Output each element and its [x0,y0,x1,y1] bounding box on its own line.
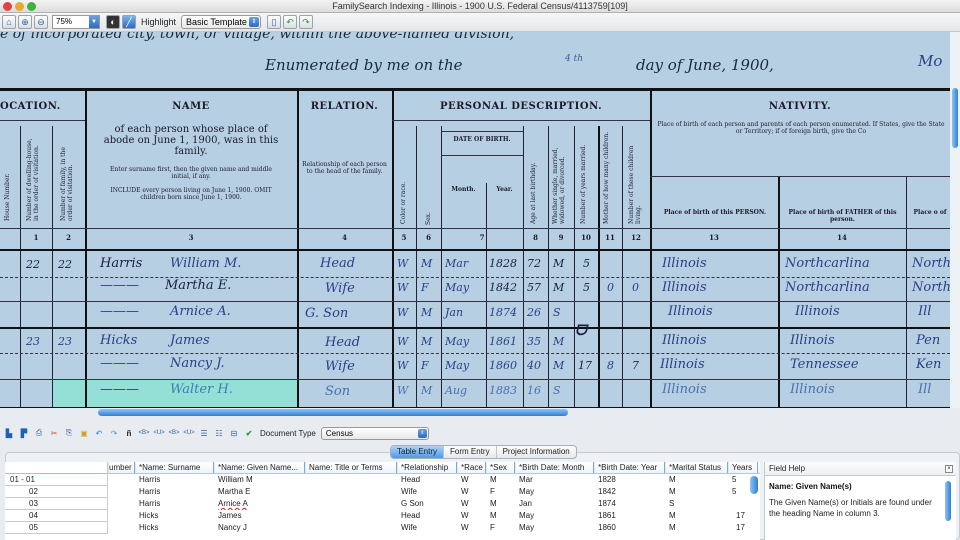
zoom-in-icon[interactable]: ⊕ [18,15,32,29]
col-header-race[interactable]: *Race [457,462,486,473]
zoom-out-icon[interactable]: ⊖ [34,15,48,29]
column-number: 8 [523,233,548,242]
template-select[interactable]: Basic Template ⇕ [181,15,261,29]
enumerated-text: Enumerated by me on the [265,56,463,74]
census-grid: OCATION. NAME RELATION. PERSONAL DESCRIP… [0,88,950,408]
cell-birth-year[interactable]: 1874 [594,498,665,510]
table-row: Harris William M Head W M Mar 1828 M 5 [108,474,760,486]
cell-birth-month[interactable]: Jan [515,498,594,510]
cell-birth-year[interactable]: 1828 [594,474,665,486]
tab-project-information[interactable]: Project Information [497,446,576,458]
col-header-birth-month[interactable]: *Birth Date: Month [515,462,594,473]
cell-relationship[interactable]: Head [397,474,457,486]
marital-label: Whether single, married, widowed, or div… [552,131,566,224]
spellcheck-flagged-text: Arnice A [218,499,248,508]
underline-tag-icon[interactable]: <U> [152,426,166,440]
tab-form-entry[interactable]: Form Entry [444,446,497,458]
rotate-right-icon[interactable]: ↷ [299,15,313,29]
cell-line-number[interactable] [108,510,135,522]
pob-father-label: Place of birth of FATHER of this person. [785,209,900,223]
cell-race[interactable]: W [457,486,486,498]
cell-surname[interactable]: Hicks [135,522,214,534]
cell-title-terms[interactable] [305,486,397,498]
column-number: 6 [416,233,441,242]
cell-race[interactable]: W [457,474,486,486]
col-header-birth-year[interactable]: *Birth Date: Year [594,462,665,473]
column-number: 2 [52,233,85,242]
nativity-description: Place of birth of each person and parent… [655,121,947,135]
image-horizontal-scrollbar[interactable] [0,408,960,418]
cell-sex[interactable]: F [486,486,515,498]
add-record-icon[interactable]: ⊟ [227,426,241,440]
cell-race[interactable]: W [457,522,486,534]
cell-birth-year[interactable]: 1861 [594,510,665,522]
entry-toolbar: ▙ ▛ ⎙ ✂ ⎘ ▣ ↶ ↷ ñ <B> <U> <B> <U> ☰ ☷ ⊟ … [0,424,960,442]
cell-title-terms[interactable] [305,522,397,534]
window-title: FamilySearch Indexing - Illinois - 1900 … [0,0,960,13]
template-value: Basic Template [186,17,247,27]
section-relation: RELATION. [297,101,392,112]
enumerated-date: day of June, 1900, [636,56,774,74]
cell-surname[interactable]: Harris [135,474,214,486]
col-header-relationship[interactable]: *Relationship [397,462,457,473]
handwritten-mark: ᗜ [575,323,587,339]
cell-line-number[interactable] [108,474,135,486]
image-vertical-scrollbar[interactable] [950,32,960,408]
cell-line-number[interactable] [108,498,135,510]
table-row: Hicks Nancy J Wife W F May 1860 M 17 [108,522,760,534]
field-help-header: Field Help × [765,462,956,476]
cell-relationship[interactable]: Wife [397,486,457,498]
handwritten-mo: Mo [918,52,942,70]
cell-sex[interactable]: M [486,498,515,510]
underline-tag2-icon[interactable]: <U> [182,426,196,440]
record-number[interactable]: 01 - 01 [5,474,108,486]
image-toolbar: ⌂ ⊕ ⊖ 75% ▼ ◐ ╱ Highlight Basic Template… [0,13,960,32]
cell-line-number[interactable] [108,522,135,534]
submit-icon[interactable]: ▛ [17,426,31,440]
col-header-sex[interactable]: *Sex [486,462,515,473]
table-entry-grid: 01 - 01 02 03 04 05 umber *Name: Surname… [5,462,760,540]
relation-description: Relationship of each person to the head … [302,161,387,175]
copy-icon[interactable]: ⎘ [62,426,76,440]
section-personal: PERSONAL DESCRIPTION. [392,101,650,112]
cell-birth-month[interactable]: May [515,510,594,522]
cell-race[interactable]: W [457,510,486,522]
cell-surname[interactable]: Harris [135,498,214,510]
cell-title-terms[interactable] [305,498,397,510]
cell-birth-year[interactable]: 1860 [594,522,665,534]
column-number: 7 [441,233,523,242]
insert-row-icon[interactable]: ☰ [197,426,211,440]
cell-sex[interactable]: M [486,474,515,486]
record-number-column: 01 - 01 02 03 04 05 [5,462,108,534]
cell-title-terms[interactable] [305,510,397,522]
section-location: OCATION. [0,101,60,112]
cell-marital-status[interactable]: M [665,474,728,486]
column-number: 4 [297,233,392,242]
column-number: 14 [778,233,906,242]
delete-row-icon[interactable]: ☷ [212,426,226,440]
cell-birth-month[interactable]: May [515,522,594,534]
document-top-line: e of incorporated city, town, or village… [0,32,514,42]
column-number: 5 [392,233,416,242]
document-type-label: Document Type [260,429,316,438]
record-number[interactable]: 04 [5,510,108,522]
field-help-panel: Field Help × Name: Given Name(s) The Giv… [764,462,956,540]
window-titlebar: FamilySearch Indexing - Illinois - 1900 … [0,0,960,13]
column-number: 3 [85,233,297,242]
column-number: 13 [650,233,778,242]
cell-given-name[interactable]: James [214,510,305,522]
years-married-label: Number of years married. [580,131,587,224]
field-help-field-name: Name: Given Name(s) [769,482,952,491]
split-view-icon[interactable]: ▯ [267,15,281,29]
family-label: Number of family, in the order of visita… [60,131,74,221]
cell-given-name[interactable]: Nancy J [214,522,305,534]
col-header-surname[interactable]: *Name: Surname [135,462,214,473]
zoom-level-value: 75% [56,17,72,26]
census-image-viewer[interactable]: e of incorporated city, town, or village… [0,32,950,408]
cell-marital-status[interactable]: M [665,510,728,522]
section-nativity: NATIVITY. [650,101,950,112]
cell-birth-month[interactable]: Mar [515,474,594,486]
cell-relationship[interactable]: G Son [397,498,457,510]
print-icon[interactable]: ⎙ [32,426,46,440]
record-number[interactable]: 05 [5,522,108,534]
table-row: Harris Martha E Wife W F May 1842 M 5 [108,486,760,498]
column-number: 1 [20,233,52,242]
cell-surname[interactable]: Hicks [135,510,214,522]
chevron-down-icon: ▼ [89,16,99,28]
column-number: 10 [574,233,598,242]
cell-birth-year[interactable]: 1842 [594,486,665,498]
cell-line-number[interactable] [108,486,135,498]
table-header-row: umber *Name: Surname *Name: Given Name..… [108,462,760,474]
home-icon[interactable]: ⌂ [2,15,16,29]
enumerated-day: 4 th [565,54,583,64]
pob-mother-label: Place o of [912,209,948,216]
close-icon[interactable]: × [945,465,953,473]
cell-sex[interactable]: F [486,522,515,534]
table-row: Hicks James Head W M May 1861 M 17 [108,510,760,522]
dwelling-label: Number of dwelling-house, in the order o… [26,131,40,221]
cell-given-name[interactable]: William M [214,474,305,486]
document-type-value: Census [326,429,353,438]
name-instructions: Enter surname first, then the given name… [100,166,282,180]
rotate-left-icon[interactable]: ↶ [283,15,297,29]
cell-sex[interactable]: M [486,510,515,522]
image-vertical-scroll-thumb[interactable] [952,88,958,148]
image-horizontal-scroll-thumb[interactable] [98,409,568,416]
record-number[interactable]: 02 [5,486,108,498]
current-field-highlight [53,380,85,407]
cell-relationship[interactable]: Wife [397,522,457,534]
field-help-body: Name: Given Name(s) The Given Name(s) or… [765,476,956,520]
entry-data-columns: umber *Name: Surname *Name: Given Name..… [108,462,760,534]
color-label: Color or race. [400,166,407,224]
sex-label: Sex. [425,201,432,225]
special-char-icon[interactable]: ñ [122,426,136,440]
field-help-title-bar: Field Help [769,464,805,473]
quality-check-icon[interactable]: ✔ [242,426,256,440]
name-description: of each person whose place of abode on J… [100,124,282,157]
age-label: Age at last birthday. [530,146,537,224]
table-vertical-scrollbar[interactable] [750,476,758,494]
col-header-given-name[interactable]: *Name: Given Name... [214,462,305,473]
mother-of-label: Mother of how many children. [603,131,610,224]
cell-birth-month[interactable]: May [515,486,594,498]
clear-icon[interactable]: ✂ [47,426,61,440]
section-name: NAME [85,101,297,112]
cell-marital-status[interactable]: S [665,498,728,510]
paste-icon[interactable]: ▣ [77,426,91,440]
entry-tabs: Table Entry Form Entry Project Informati… [390,445,577,459]
bold-tag2-icon[interactable]: <B> [167,426,181,440]
children-living-label: Number of these children living. [628,131,642,224]
row-number-header [5,462,108,474]
invert-icon[interactable]: ◐ [106,15,120,29]
column-number: 12 [622,233,650,242]
record-number[interactable]: 03 [5,498,108,510]
tab-table-entry[interactable]: Table Entry [391,446,444,458]
table-row: Harris Arnice A G Son W M Jan 1874 S [108,498,760,510]
column-number: 11 [598,233,622,242]
cell-given-name[interactable]: Arnice A [214,498,305,510]
cell-years[interactable] [728,498,758,510]
save-icon[interactable]: ▙ [2,426,16,440]
cell-surname[interactable]: Harris [135,486,214,498]
chevron-updown-icon: ⇕ [418,429,427,438]
col-header-title-terms[interactable]: Name: Title or Terms [305,462,397,473]
cell-relationship[interactable]: Head [397,510,457,522]
cell-race[interactable]: W [457,498,486,510]
field-help-scrollbar[interactable] [945,481,951,521]
pob-person-label: Place of birth of this PERSON. [660,209,770,216]
cell-given-name[interactable]: Martha E [214,486,305,498]
name-include-omit: INCLUDE every person living on June 1, 1… [100,187,282,201]
col-header-years[interactable]: Years [728,462,758,473]
redo-icon[interactable]: ↷ [107,426,121,440]
undo-icon[interactable]: ↶ [92,426,106,440]
cell-marital-status[interactable]: M [665,522,728,534]
cell-marital-status[interactable]: M [665,486,728,498]
zoom-level-select[interactable]: 75% ▼ [52,15,100,29]
cell-years[interactable]: 17 [728,510,758,522]
house-number-label: House Number. [4,151,11,221]
cell-title-terms[interactable] [305,474,397,486]
bold-tag-icon[interactable]: <B> [137,426,151,440]
col-header-line-number[interactable]: umber [108,462,135,473]
col-header-marital-status[interactable]: *Marital Status [665,462,728,473]
column-number: 9 [548,233,574,242]
highlight-icon[interactable]: ╱ [122,15,136,29]
date-of-birth-label: DATE OF BIRTH. [441,136,523,143]
chevron-updown-icon: ⇕ [249,17,259,27]
document-type-select[interactable]: Census ⇕ [321,427,429,440]
year-label: Year. [486,186,523,193]
month-label: Month. [441,186,486,193]
cell-years[interactable]: 17 [728,522,758,534]
field-help-text: The Given Name(s) or Initials are found … [769,498,939,520]
highlight-label: Highlight [141,17,176,27]
